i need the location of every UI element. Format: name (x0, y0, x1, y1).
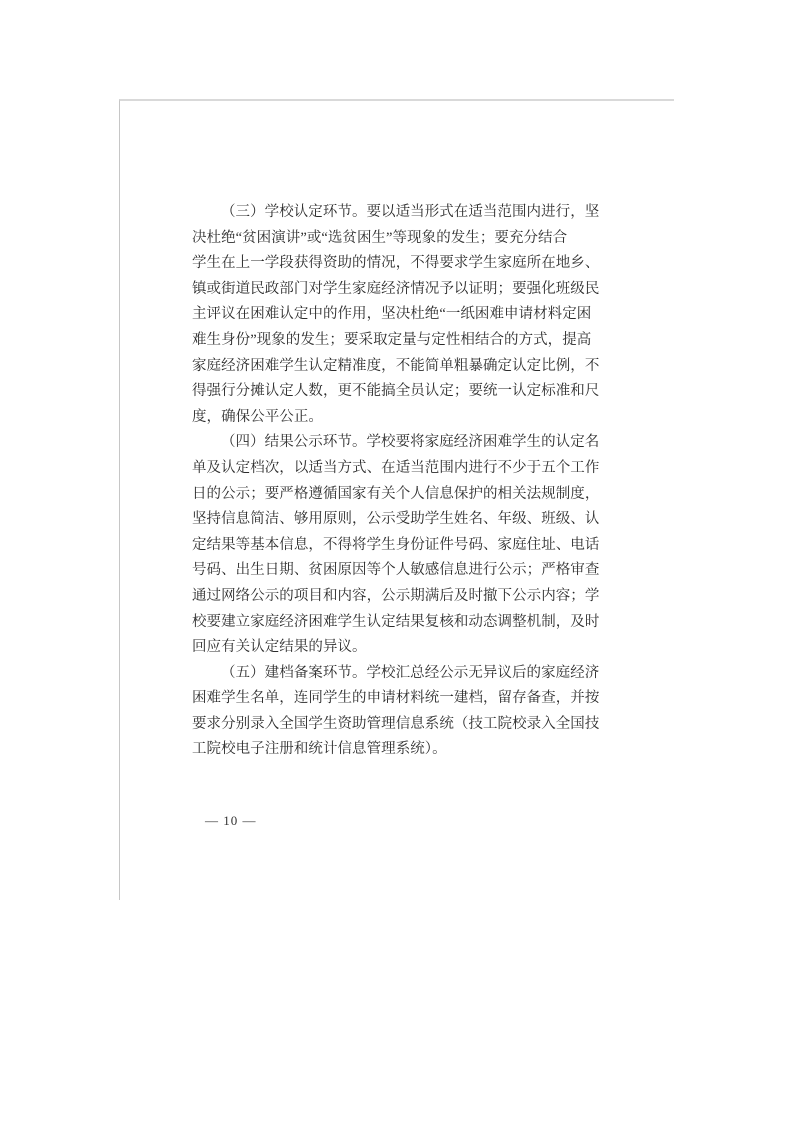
text-line: 回应有关认定结果的异议。 (192, 635, 610, 661)
text-line: 难生身份”现象的发生；要采取定量与定性相结合的方式，提高 (192, 328, 610, 354)
text-line: 单及认定档次，以适当方式、在适当范围内进行不少于五个工作 (192, 456, 610, 482)
text-line: 镇或街道民政部门对学生家庭经济情况予以证明；要强化班级民 (192, 277, 610, 303)
text-line: 坚持信息简洁、够用原则，公示受助学生姓名、年级、班级、认 (192, 507, 610, 533)
text-line: 家庭经济困难学生认定精准度，不能简单粗暴确定认定比例，不 (192, 354, 610, 380)
text-line: 工院校电子注册和统计信息管理系统）。 (192, 737, 610, 763)
document-page: （三）学校认定环节。要以适当形式在适当范围内进行，坚决杜绝“贫困演讲”或“选贫困… (119, 99, 674, 900)
text-line: 决杜绝“贫困演讲”或“选贫困生”等现象的发生；要充分结合 (192, 226, 610, 252)
text-line: （五）建档备案环节。学校汇总经公示无异议后的家庭经济 (192, 661, 610, 687)
text-line: （三）学校认定环节。要以适当形式在适当范围内进行，坚 (192, 200, 610, 226)
text-line: 号码、出生日期、贫困原因等个人敏感信息进行公示；严格审查 (192, 558, 610, 584)
text-line: 困难学生名单，连同学生的申请材料统一建档，留存备查，并按 (192, 686, 610, 712)
text-line: （四）结果公示环节。学校要将家庭经济困难学生的认定名 (192, 430, 610, 456)
text-line: 学生在上一学段获得资助的情况，不得要求学生家庭所在地乡、 (192, 251, 610, 277)
document-viewer: （三）学校认定环节。要以适当形式在适当范围内进行，坚决杜绝“贫困演讲”或“选贫困… (0, 0, 793, 1122)
text-line: 主评议在困难认定中的作用，坚决杜绝“一纸困难申请材料定困 (192, 302, 610, 328)
text-block: （三）学校认定环节。要以适当形式在适当范围内进行，坚决杜绝“贫困演讲”或“选贫困… (192, 200, 610, 763)
text-line: 通过网络公示的项目和内容，公示期满后及时撤下公示内容；学 (192, 584, 610, 610)
text-line: 要求分别录入全国学生资助管理信息系统（技工院校录入全国技 (192, 712, 610, 738)
text-line: 得强行分摊认定人数，更不能搞全员认定；要统一认定标准和尺 (192, 379, 610, 405)
text-line: 定结果等基本信息，不得将学生身份证件号码、家庭住址、电话 (192, 533, 610, 559)
text-line: 校要建立家庭经济困难学生认定结果复核和动态调整机制，及时 (192, 610, 610, 636)
page-number: — 10 — (205, 813, 257, 829)
text-line: 日的公示；要严格遵循国家有关个人信息保护的相关法规制度， (192, 482, 610, 508)
text-line: 度，确保公平公正。 (192, 405, 610, 431)
